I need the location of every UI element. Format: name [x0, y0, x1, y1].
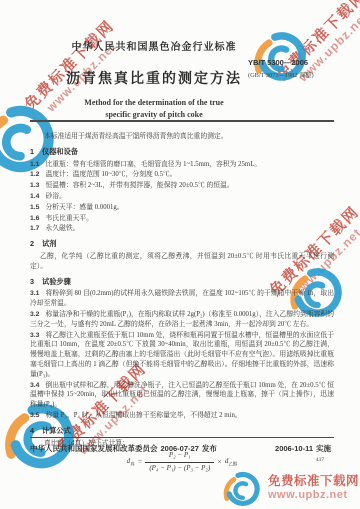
- clause-number: 1.2: [30, 171, 39, 178]
- document-header: 中华人民共和国黑色冶金行业标准 沥青焦真比重的测定方法 Method for t…: [28, 38, 280, 121]
- clause-3-4: 3.4倒出瓶中试样和乙醇，用乙醇洗净瓶子，注入已恒温的乙醇至低于瓶口 10mm …: [30, 381, 334, 410]
- formula-times: ×: [217, 458, 222, 468]
- clause-text: 倒出瓶中试样和乙醇，用乙醇洗净瓶子，注入已恒温的乙醇至低于瓶口 10mm 处，在…: [30, 382, 334, 409]
- clause-1-4: 1.4砂浴。: [30, 192, 334, 202]
- clause-1-5: 1.5分析天平：感量 0.0001g。: [30, 203, 334, 213]
- formula-equals: =: [138, 458, 143, 468]
- standard-number: YB/T 5300—2006: [248, 58, 358, 67]
- section-number: 1: [30, 147, 34, 156]
- formula-lhs: d真: [127, 457, 135, 469]
- replaces-note: (GB/T 3071—1982 调整): [248, 70, 358, 79]
- document-title-en: Method for the determination of the true…: [28, 97, 280, 121]
- clause-number: 1.3: [30, 182, 39, 189]
- clause-text: 砂浴。: [45, 193, 65, 200]
- clause-text: 恒温槽：容积 2~3L，并带有搅拌器，能保持 20±0.5℃ 的恒温。: [45, 182, 233, 189]
- section-4-heading: 4计算公式: [30, 426, 334, 436]
- implementation-statement: 2006-10-11实施: [275, 443, 334, 454]
- clause-number: 1.6: [30, 215, 39, 222]
- issue-statement: 中华人民共和国国家发展和改革委员会2006-07-27发布: [30, 443, 217, 454]
- clause-text: 温度计：温度范围 10~30℃，分刻度 0.5℃。: [45, 171, 176, 178]
- clause-text: 比重瓶：带有毛细管的磨口塞，毛细管直径为 1~1.5mm，容积为 25mL。: [45, 161, 261, 168]
- clause-text: 称量洁净和干燥的比重瓶(P₁)，在瓶内称取试样 2g(P₂)（称准至 0.000…: [30, 311, 334, 328]
- footer-rule: [30, 437, 334, 438]
- clause-number: 1.4: [30, 193, 39, 200]
- section-1-heading: 1仪器和设备: [30, 147, 334, 157]
- formula-rhs: d乙醇: [225, 457, 238, 469]
- issue-date: 2006-07-27: [161, 444, 199, 453]
- clause-number: 3.1: [30, 290, 39, 297]
- clause-number: 3.5: [30, 412, 39, 419]
- document-body: 本标准适用于煤沥青经高温干馏所得沥青焦的真比重的测定。 1仪器和设备 1.1比重…: [30, 127, 334, 474]
- section-number: 4: [30, 426, 34, 435]
- clause-text: 将粉碎到 80 目(0.2mm)的试样用永久磁铁除去铁屑，在温度 102~105…: [30, 290, 334, 307]
- clause-1-7: 1.7永久磁铁。: [30, 224, 334, 234]
- clause-1-2: 1.2温度计：温度范围 10~30℃，分刻度 0.5℃。: [30, 170, 334, 180]
- clause-text: 永久磁铁。: [45, 225, 79, 232]
- clause-number: 3.3: [30, 332, 39, 339]
- clause-text: 将乙醇注入比重瓶至低于瓶口 10mm 处，烧杯和瓶再同置于恒温水槽中，恒温槽里的…: [30, 332, 334, 378]
- upbz-swirl-logo-icon: [222, 469, 262, 509]
- clause-number: 3.2: [30, 311, 39, 318]
- clause-number: 1.1: [30, 161, 39, 168]
- clause-3-3: 3.3将乙醇注入比重瓶至低于瓶口 10mm 处，烧杯和瓶再同置于恒温水槽中，恒温…: [30, 331, 334, 380]
- clause-1-6: 1.6韦氏比重天平。: [30, 214, 334, 224]
- section-number: 2: [30, 239, 34, 248]
- document-title-cn: 沥青焦真比重的测定方法: [28, 68, 280, 88]
- standard-type-line: 中华人民共和国黑色冶金行业标准: [28, 38, 280, 53]
- watermark-site-url: www.upbz.net: [268, 489, 360, 501]
- clause-number: 3.4: [30, 382, 39, 389]
- section-title: 仪器和设备: [42, 147, 78, 156]
- clause-text: 分析天平：感量 0.0001g。: [45, 204, 123, 211]
- document-footer: 中华人民共和国国家发展和改革委员会2006-07-27发布 2006-10-11…: [30, 443, 334, 454]
- section-2-heading: 2试剂: [30, 239, 334, 249]
- section-3-heading: 3试验步骤: [30, 277, 334, 287]
- true-specific-gravity-formula: d真 = P₂ − P₁ (P₄ − P₁) − (P₃ − P₂) × d乙醇: [30, 451, 334, 474]
- formula-fraction: P₂ − P₁ (P₄ − P₁) − (P₃ − P₂): [145, 451, 214, 474]
- scope-paragraph: 本标准适用于煤沥青经高温干馏所得沥青焦的真比重的测定。: [30, 132, 334, 142]
- impl-action: 实施: [316, 444, 331, 453]
- clause-3-2: 3.2称量洁净和干燥的比重瓶(P₁)，在瓶内称取试样 2g(P₂)（称准至 0.…: [30, 310, 334, 330]
- clause-1-1: 1.1比重瓶：带有毛细管的磨口塞，毛细管直径为 1~1.5mm，容积为 25mL…: [30, 160, 334, 170]
- section-title: 试验步骤: [42, 277, 71, 286]
- watermark-site-url: www.upbz.net: [268, 0, 360, 113]
- standard-number-block: YB/T 5300—2006 (GB/T 3071—1982 调整): [248, 58, 358, 79]
- title-en-line1: Method for the determination of the true: [28, 97, 280, 109]
- section-title: 计算公式: [42, 426, 71, 435]
- clause-3-5: 3.5称量 P₃、P₄ 时，从恒温槽取出擦干至称量完毕，不得超过 2 min。: [30, 411, 334, 421]
- clause-text: 称量 P₃、P₄ 时，从恒温槽取出擦干至称量完毕，不得超过 2 min。: [45, 412, 241, 419]
- impl-date: 2006-10-11: [275, 444, 313, 453]
- clause-number: 1.7: [30, 225, 39, 232]
- issue-action: 发布: [202, 444, 217, 453]
- section-number: 3: [30, 277, 34, 286]
- standard-document-page: 免费标准下载网 www.upbz.net 免费标准下载网 www.upbz.ne…: [0, 0, 360, 509]
- formula-denominator: (P₄ − P₁) − (P₃ − P₂): [145, 462, 214, 474]
- clause-number: 1.5: [30, 204, 39, 211]
- section-2-paragraph: 乙醇，化学纯（乙醇比重的测定，须将乙醇煮沸，并恒温到 20±0.5℃ 时用韦氏比…: [30, 252, 334, 272]
- section-title: 试剂: [42, 239, 56, 248]
- watermark-bottom-right: 免费标准下载网 www.upbz.net: [268, 471, 360, 501]
- clause-text: 韦氏比重天平。: [45, 215, 93, 222]
- header-rule: [30, 120, 334, 122]
- issuer: 中华人民共和国国家发展和改革委员会: [30, 444, 158, 453]
- clause-3-1: 3.1将粉碎到 80 目(0.2mm)的试样用永久磁铁除去铁屑，在温度 102~…: [30, 289, 334, 309]
- page-number: 437: [316, 457, 324, 463]
- clause-1-3: 1.3恒温槽：容积 2~3L，并带有搅拌器，能保持 20±0.5℃ 的恒温。: [30, 181, 334, 191]
